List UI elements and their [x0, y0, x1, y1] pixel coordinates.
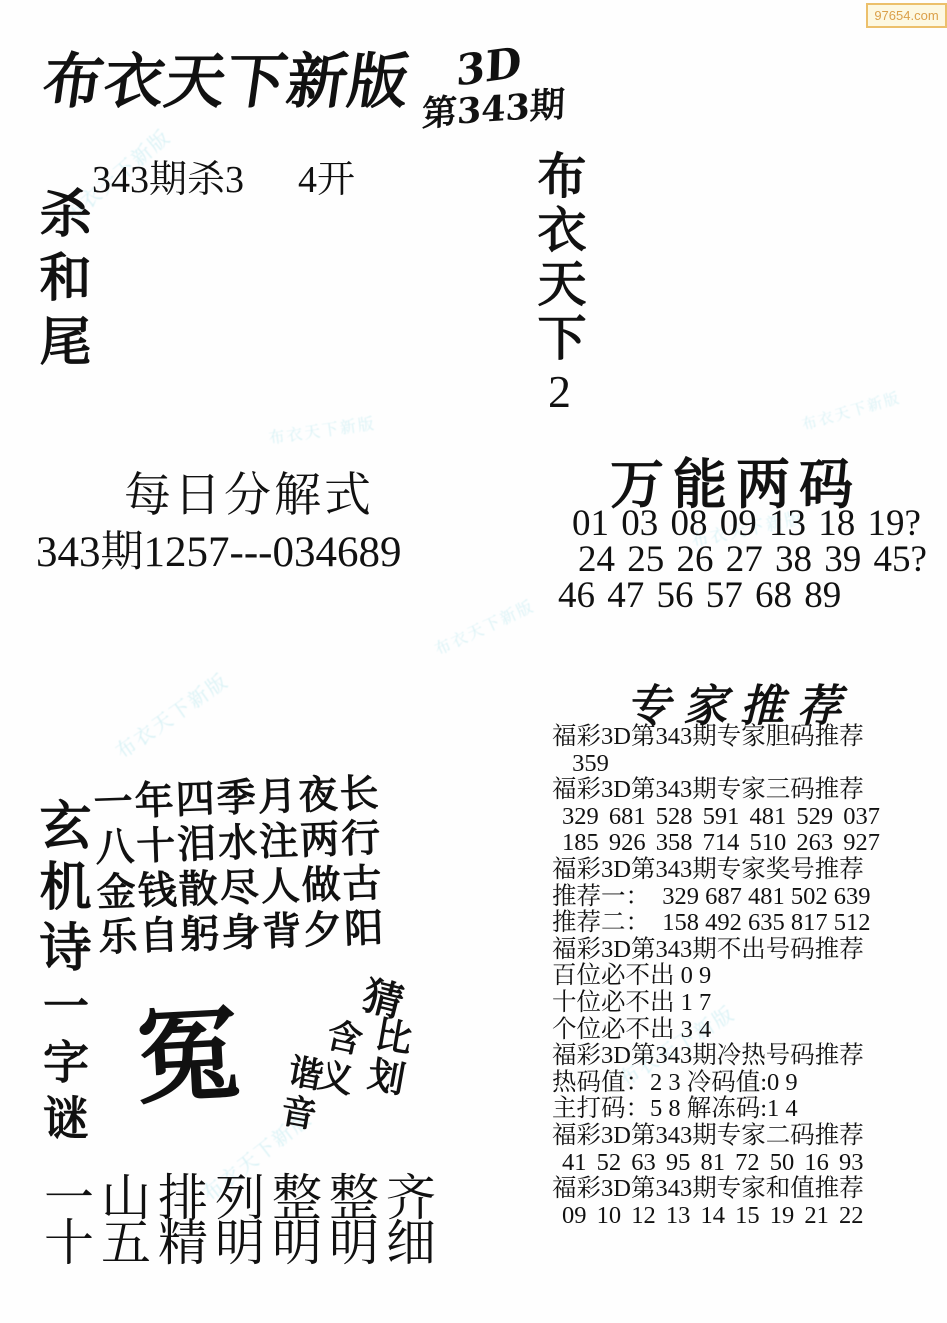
expert-line: 福彩3D第343期不出号码推荐 — [552, 937, 946, 964]
expert-line: 推荐二： 158 492 635 817 512 — [552, 910, 946, 937]
right-vertical-number: 2 — [534, 366, 585, 422]
right-vertical-label: 布衣天下2 — [534, 150, 583, 422]
expert-line: 福彩3D第343期专家奖号推荐 — [552, 857, 946, 884]
site-badge: 97654.com — [866, 3, 947, 28]
left-vertical-label: 杀和尾 — [34, 186, 86, 378]
expert-line: 福彩3D第343期专家和值推荐 — [552, 1176, 946, 1203]
kill-open-text: 4开 — [298, 159, 355, 201]
right-vertical-text: 布衣天下 — [530, 150, 588, 366]
char-riddle-label: 一字谜 — [40, 982, 86, 1150]
expert-line: 个位必不出 3 4 — [552, 1017, 946, 1044]
riddle-hint: 比划 — [361, 1013, 412, 1100]
riddle-hint: 谐音 — [275, 1052, 323, 1137]
expert-line: 热码值：2 3 冷码值:0 9 — [552, 1070, 946, 1097]
riddle-character: 冤 — [133, 1001, 242, 1110]
expert-line: 十位必不出 1 7 — [552, 990, 946, 1017]
expert-line: 福彩3D第343期专家二码推荐 — [552, 1123, 946, 1150]
kill-text: 343期杀3 — [92, 159, 244, 201]
mystery-poem-label: 玄机诗 — [34, 798, 86, 981]
page-title: 布衣天下新版 — [38, 34, 416, 120]
daily-decompose-formula: 343期1257---034689 — [36, 518, 401, 579]
expert-line: 福彩3D第343期冷热号码推荐 — [552, 1043, 946, 1070]
issue-label: 第343期 — [421, 77, 565, 137]
two-codes-row: 24 25 26 27 38 39 45? — [552, 542, 927, 578]
expert-line: 41 52 63 95 81 72 50 16 93 — [552, 1150, 946, 1177]
expert-line: 329 681 528 591 481 529 037 — [552, 804, 946, 831]
two-codes-grid: 01 03 08 09 13 18 19? 24 25 26 27 38 39 … — [552, 506, 927, 614]
expert-line: 09 10 12 13 14 15 19 21 22 — [552, 1203, 946, 1230]
lottery-sheet: 布衣天下新版 布衣天下新版 布衣天下新版 布衣天下新版 布衣天下新版 布衣天下新… — [0, 0, 947, 1323]
couplet-line: 十五精明明明细 — [44, 1221, 443, 1266]
expert-line: 百位必不出 0 9 — [552, 963, 946, 990]
expert-line: 359 — [552, 751, 946, 778]
expert-line: 推荐一： 329 687 481 502 639 — [552, 884, 946, 911]
watermark-text: 布衣天下新版 — [799, 386, 903, 434]
kill-line: 343期杀34开 — [92, 148, 355, 203]
watermark-text: 布衣天下新版 — [109, 665, 234, 764]
watermark-text: 布衣天下新版 — [267, 411, 377, 449]
mystery-poem: 一年四季月夜长 八十泪水注两行 金钱散尽人做古 乐自躬身背夕阳 — [93, 771, 386, 961]
expert-line: 主打码：5 8 解冻码:1 4 — [552, 1096, 946, 1123]
bottom-couplet: 一山排列整整齐 十五精明明明细 — [44, 1176, 443, 1266]
daily-decompose-title: 每日分解式 — [124, 458, 374, 525]
two-codes-row: 01 03 08 09 13 18 19? — [552, 506, 927, 542]
expert-line: 福彩3D第343期专家三码推荐 — [552, 777, 946, 804]
two-codes-row: 46 47 56 57 68 89 — [552, 578, 927, 614]
watermark-text: 布衣天下新版 — [430, 593, 538, 659]
expert-block: 福彩3D第343期专家胆码推荐 359 福彩3D第343期专家三码推荐 329 … — [552, 724, 946, 1229]
poem-line: 乐自躬身背夕阳 — [98, 906, 386, 961]
expert-line: 福彩3D第343期专家胆码推荐 — [552, 724, 946, 751]
expert-line: 185 926 358 714 510 263 927 — [552, 830, 946, 857]
